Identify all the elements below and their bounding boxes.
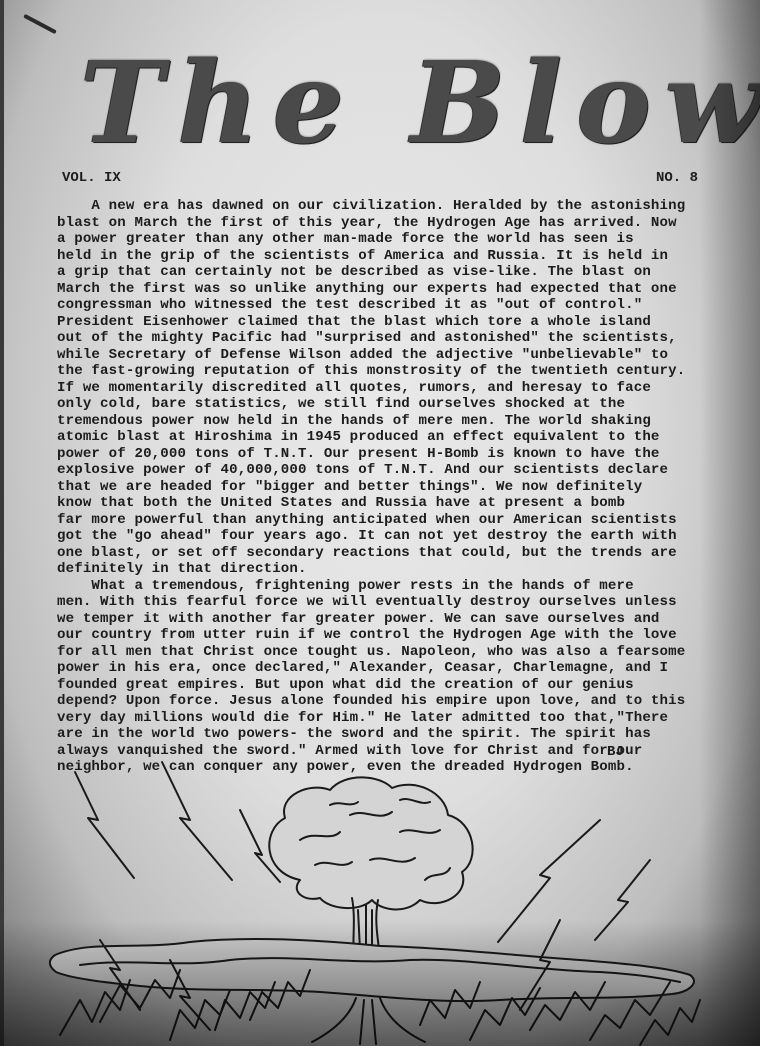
article-line: congressman who witnessed the test descr…: [57, 297, 747, 314]
article-line: power of 20,000 tons of T.N.T. Our prese…: [57, 446, 747, 463]
article-line: know that both the United States and Rus…: [57, 495, 747, 512]
issue-number: NO. 8: [656, 170, 698, 186]
article-line: we temper it with another far greater po…: [57, 611, 747, 628]
article-line: always vanquished the sword." Armed with…: [57, 743, 747, 760]
article-line: only cold, bare statistics, we still fin…: [57, 396, 747, 413]
article-line: one blast, or set off secondary reaction…: [57, 545, 747, 562]
article-body: A new era has dawned on our civilization…: [57, 198, 747, 776]
volume-label: VOL. IX: [62, 170, 121, 186]
article-line: men. With this fearful force we will eve…: [57, 594, 747, 611]
article-line: If we momentarily discredited all quotes…: [57, 380, 747, 397]
author-signature: BJ: [607, 744, 624, 760]
article-line: very day millions would die for Him." He…: [57, 710, 747, 727]
article-line: the fast-growing reputation of this mons…: [57, 363, 747, 380]
masthead-title: The Blow: [80, 44, 680, 164]
article-line: that we are headed for "bigger and bette…: [57, 479, 747, 496]
article-line: are in the world two powers- the sword a…: [57, 726, 747, 743]
article-line: power in his era, once declared," Alexan…: [57, 660, 747, 677]
article-line: tremendous power now held in the hands o…: [57, 413, 747, 430]
article-line: got the "go ahead" four years ago. It ca…: [57, 528, 747, 545]
article-line: A new era has dawned on our civilization…: [57, 198, 747, 215]
mushroom-cloud-illustration: [0, 760, 760, 1046]
article-line: founded great empires. But upon what did…: [57, 677, 747, 694]
article-line: held in the grip of the scientists of Am…: [57, 248, 747, 265]
article-line: March the first was so unlike anything o…: [57, 281, 747, 298]
article-line: out of the mighty Pacific had "surprised…: [57, 330, 747, 347]
article-line: President Eisenhower claimed that the bl…: [57, 314, 747, 331]
article-line: depend? Upon force. Jesus alone founded …: [57, 693, 747, 710]
staple-icon: [23, 14, 57, 34]
article-line: a power greater than any other man-made …: [57, 231, 747, 248]
article-line: blast on March the first of this year, t…: [57, 215, 747, 232]
article-line: for all men that Christ once tought us. …: [57, 644, 747, 661]
article-line: a grip that can certainly not be describ…: [57, 264, 747, 281]
article-line: What a tremendous, frightening power res…: [57, 578, 747, 595]
article-line: definitely in that direction.: [57, 561, 747, 578]
article-line: our country from utter ruin if we contro…: [57, 627, 747, 644]
article-line: explosive power of 40,000,000 tons of T.…: [57, 462, 747, 479]
article-line: while Secretary of Defense Wilson added …: [57, 347, 747, 364]
article-line: atomic blast at Hiroshima in 1945 produc…: [57, 429, 747, 446]
newsletter-page: The Blow VOL. IX NO. 8 A new era has daw…: [0, 0, 760, 1046]
article-line: far more powerful than anything anticipa…: [57, 512, 747, 529]
